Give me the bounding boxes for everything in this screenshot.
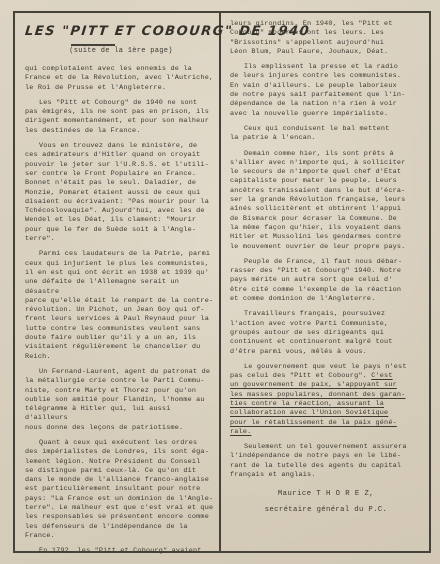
paragraph: Demain comme hier, ils sont prêts à s'al… bbox=[230, 150, 422, 252]
scanned-document-page: LES "PITT ET COBOURG" DE 1940 (suite de … bbox=[0, 0, 440, 564]
paragraph: qui complotaient avec les ennemis de la … bbox=[25, 65, 217, 93]
paragraph: Un Fernand-Laurent, agent du patronat de… bbox=[25, 368, 217, 433]
column-divider bbox=[219, 13, 221, 551]
paragraph: leurs girondins. En 1940, les "Pitt et C… bbox=[230, 20, 422, 57]
paragraph: Peuple de France, il faut nous débar- ra… bbox=[230, 258, 422, 304]
signature-block: Maurice T H O R E Z, secrétaire général … bbox=[230, 490, 422, 514]
paragraph: Ceux qui conduisent le bal mettent la pa… bbox=[230, 125, 422, 144]
paragraph: Vous en trouvez dans le ministère, de ce… bbox=[25, 142, 217, 244]
article-column-right: leurs girondins. En 1940, les "Pitt et C… bbox=[230, 20, 422, 514]
title-underline bbox=[71, 44, 115, 46]
title-block: LES "PITT ET COBOURG" DE 1940 (suite de … bbox=[25, 24, 217, 55]
paragraph: Quant à ceux qui exécutent les ordres de… bbox=[25, 439, 217, 541]
page-subtitle: (suite de la 1ère page) bbox=[25, 47, 217, 55]
paragraph: Ils emplissent la presse et la radio de … bbox=[230, 63, 422, 119]
article-column-left: LES "PITT ET COBOURG" DE 1940 (suite de … bbox=[25, 20, 217, 563]
signature-role: secrétaire général du P.C. bbox=[230, 506, 422, 514]
paragraph: Seulement un tel gouvernement assurera l… bbox=[230, 443, 422, 480]
paragraph: En 1792, les "Pitt et Cobourg" avaient bbox=[25, 547, 217, 556]
page-border: LES "PITT ET COBOURG" DE 1940 (suite de … bbox=[13, 11, 431, 553]
paragraph-underlined-part: C'est un gouvernement de paix, s'appuyan… bbox=[230, 372, 405, 436]
paragraph: Les "Pitt et Cobourg" de 1940 ne sont pa… bbox=[25, 99, 217, 136]
paragraph-with-underline: Le gouvernement que veut le pays n'est p… bbox=[230, 363, 422, 437]
paragraph: Parmi ces laudateurs de la Patrie, parmi… bbox=[25, 250, 217, 362]
paragraph: Travailleurs français, poursuivez l'acti… bbox=[230, 310, 422, 356]
page-title: LES "PITT ET COBOURG" DE 1940 bbox=[24, 24, 218, 39]
signature-name: Maurice T H O R E Z, bbox=[230, 490, 422, 498]
